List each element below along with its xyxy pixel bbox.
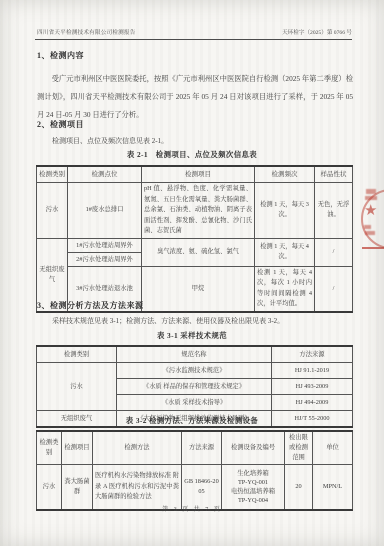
table-3-2-caption: 表 3-2 检测方法、方法来源及检测设备 [0, 415, 384, 426]
table-2-1: 检测类别 检测点位 检测项目 检测频次 样品性状 污水 1#废水总排口 pH 值… [36, 165, 353, 313]
table-row: 污水 《污水监测技术规范》 HJ 91.1-2019 [37, 363, 353, 379]
section-1-title: 1、检测内容 [37, 50, 84, 61]
table-3-2-header-row: 检测类别 检测项目 检测方法 方法来源 检测设备及编号 检出限或检测范围 单位 [37, 431, 353, 465]
section-3-title: 3、检测分析方法及方法来源 [37, 300, 144, 311]
cell-character: 无色，无浮油。 [315, 183, 353, 239]
seal-star-icon: ★ [364, 201, 377, 219]
col-header: 检测项目 [62, 431, 93, 465]
table-3-1-header-row: 检测类别 规范名称 方法来源 [37, 346, 353, 363]
cell-item: 粪大肠菌群 [62, 465, 93, 510]
col-header: 检测类别 [37, 346, 117, 363]
report-header-company: 四川省天平检测技术有限公司检测报告 [37, 28, 136, 36]
header-divider [35, 39, 352, 40]
cell-detection-limit: 20 [285, 465, 313, 510]
cell-items: 臭气浓度、氨、硫化氢、氯气 [142, 238, 255, 266]
cell-spec-name: 《水质 采样技术指导》 [117, 395, 272, 411]
cell-source: HJ 493-2009 [272, 379, 353, 395]
col-header: 检测频次 [255, 166, 315, 183]
section-2-intro: 检测项目、点位及频次信息见表 2-1。 [52, 136, 168, 146]
report-header-number: 天环检字（2025）第 0766 号 [282, 28, 352, 36]
red-seal-stamp: ★ [357, 183, 384, 255]
cell-source: HJ 91.1-2019 [272, 363, 353, 379]
table-row: 污水 1#废水总排口 pH 值、悬浮物、色度、化学需氧量、氨氮、五日生化需氧量、… [37, 183, 353, 239]
col-header: 检测方法 [93, 431, 182, 465]
table-2-1-header-row: 检测类别 检测点位 检测项目 检测频次 样品性状 [37, 166, 353, 183]
table-3-2: 检测类别 检测项目 检测方法 方法来源 检测设备及编号 检出限或检测范围 单位 … [36, 430, 353, 511]
cell-category: 污水 [37, 363, 117, 411]
col-header: 方法来源 [182, 431, 222, 465]
section-3-intro: 采样技术规范见表 3-1；检测方法、方法来源、使用仪器及检出限见表 3-2。 [52, 316, 284, 326]
table-3-1-caption: 表 3-1 采样技术规范 [0, 330, 384, 341]
cell-point-1: 1#污水处理站周界外 [68, 239, 141, 253]
col-header: 方法来源 [272, 346, 353, 363]
cell-items: pH 值、悬浮物、色度、化学需氧量、氨氮、五日生化需氧量、粪大肠菌群、总余氯、石… [142, 183, 255, 239]
table-row: 无组织废气 1#污水处理站周界外 2#污水处理站周界外 臭气浓度、氨、硫化氢、氯… [37, 238, 353, 266]
cell-spec-name: 《水质 样品的保存和管理技术规定》 [117, 379, 272, 395]
col-header: 样品性状 [315, 166, 353, 183]
equipment-line: 生化培养箱 [224, 469, 282, 478]
col-header: 检测设备及编号 [222, 431, 285, 465]
section-2-title: 2、检测项目 [37, 119, 84, 130]
cell-category: 污水 [37, 465, 62, 510]
col-header: 检测点位 [68, 166, 142, 183]
equipment-line: 电热恒温培养箱 [224, 487, 282, 496]
table-2-1-caption: 表 2-1 检测项目、点位及频次信息表 [0, 149, 384, 160]
col-header: 检测类别 [37, 431, 62, 465]
cell-source: GB 18466-2005 [182, 465, 222, 510]
cell-point: 1#废水总排口 [68, 183, 142, 239]
cell-character: / [315, 266, 353, 312]
cell-frequency: 检测 1 天，每天 3 次。 [255, 183, 315, 239]
cell-character: / [315, 238, 353, 266]
col-header: 单位 [313, 431, 353, 465]
col-header: 检出限或检测范围 [285, 431, 313, 465]
col-header: 检测项目 [142, 166, 255, 183]
cell-point-split: 1#污水处理站周界外 2#污水处理站周界外 [68, 238, 142, 266]
page-number: 第 3 页 共 7 页 [0, 504, 384, 513]
cell-point-2: 2#污水处理站周界外 [68, 253, 141, 266]
cell-method: 医疗机构水污染物排放标准 附录 A 医疗机构污水和污泥中粪大肠菌群的检验方法 [93, 465, 182, 510]
red-seal-underline [362, 247, 384, 249]
cell-unit: MPN/L [313, 465, 353, 510]
cell-frequency: 检测 1 天，每天 4 次。 [255, 238, 315, 266]
cell-category: 污水 [37, 183, 68, 239]
cell-equipment: 生化培养箱 TP-YQ-001 电热恒温培养箱 TP-YQ-004 [222, 465, 285, 510]
table-row: 污水 粪大肠菌群 医疗机构水污染物排放标准 附录 A 医疗机构污水和污泥中粪大肠… [37, 465, 353, 510]
col-header: 规范名称 [117, 346, 272, 363]
cell-frequency: 检测 1 天，每天 4 次，每次 1 小时内等时间间隔检测 4 次，计平均值。 [255, 266, 315, 312]
cell-items: 甲烷 [142, 266, 255, 312]
col-header: 检测类别 [37, 166, 68, 183]
cell-source: HJ 494-2009 [272, 395, 353, 411]
section-1-paragraph: 受广元市利州区中医医院委托，按照《广元市利州区中医医院自行检测（2025 年第二… [37, 70, 353, 124]
seal-text-mark [365, 196, 377, 200]
cell-spec-name: 《污水监测技术规范》 [117, 363, 272, 379]
seal-text-mark [366, 189, 376, 194]
seal-text-mark [364, 225, 371, 229]
seal-text-mark [365, 231, 375, 235]
equipment-line: TP-YQ-001 [224, 478, 282, 487]
